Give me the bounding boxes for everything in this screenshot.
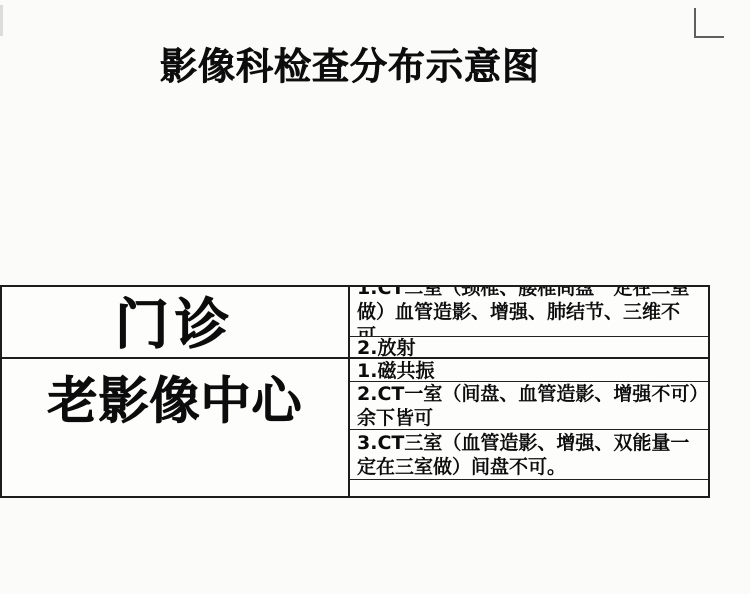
detail-cell-mri: 1.磁共振 [350,359,708,382]
detail-cell-radiology: 2.放射 [350,337,708,357]
detail-cell-ct-room2: 1.CT二室（颈椎、腰椎间盘一定在二室做）血管造影、增强、肺结节、三维不可。 [350,287,708,337]
detail-text: 3.CT三室（血管造影、增强、双能量一定在三室做）间盘不可。 [357,431,701,479]
detail-column-outpatient: 1.CT二室（颈椎、腰椎间盘一定在二室做）血管造影、增强、肺结节、三维不可。 2… [350,287,708,357]
detail-text: 1.磁共振 [357,359,701,382]
detail-column-old-imaging-center: 1.磁共振 2.CT一室（间盘、血管造影、增强不可）余下皆可 3.CT三室（血管… [350,359,708,496]
detail-text: 2.CT一室（间盘、血管造影、增强不可）余下皆可 [357,382,701,430]
scan-edge-artifact [0,5,3,36]
detail-cell-ct-room1: 2.CT一室（间盘、血管造影、增强不可）余下皆可 [350,382,708,430]
detail-cell-empty [350,480,708,496]
distribution-table: 门诊 1.CT二室（颈椎、腰椎间盘一定在二室做）血管造影、增强、肺结节、三维不可… [0,285,710,498]
row-header-old-imaging-center: 老影像中心 [2,359,350,496]
detail-text: 2.放射 [357,337,701,357]
document-page: 影像科检查分布示意图 门诊 1.CT二室（颈椎、腰椎间盘一定在二室做）血管造影、… [0,0,750,594]
row-header-outpatient: 门诊 [2,287,350,357]
page-title: 影像科检查分布示意图 [0,36,700,90]
detail-cell-ct-room3: 3.CT三室（血管造影、增强、双能量一定在三室做）间盘不可。 [350,430,708,480]
detail-text: 1.CT二室（颈椎、腰椎间盘一定在二室做）血管造影、增强、肺结节、三维不可。 [357,287,701,337]
page-corner-mark-vertical [694,8,696,38]
table-row-old-imaging-center: 老影像中心 1.磁共振 2.CT一室（间盘、血管造影、增强不可）余下皆可 3.C… [2,359,708,496]
table-row-outpatient: 门诊 1.CT二室（颈椎、腰椎间盘一定在二室做）血管造影、增强、肺结节、三维不可… [2,287,708,359]
